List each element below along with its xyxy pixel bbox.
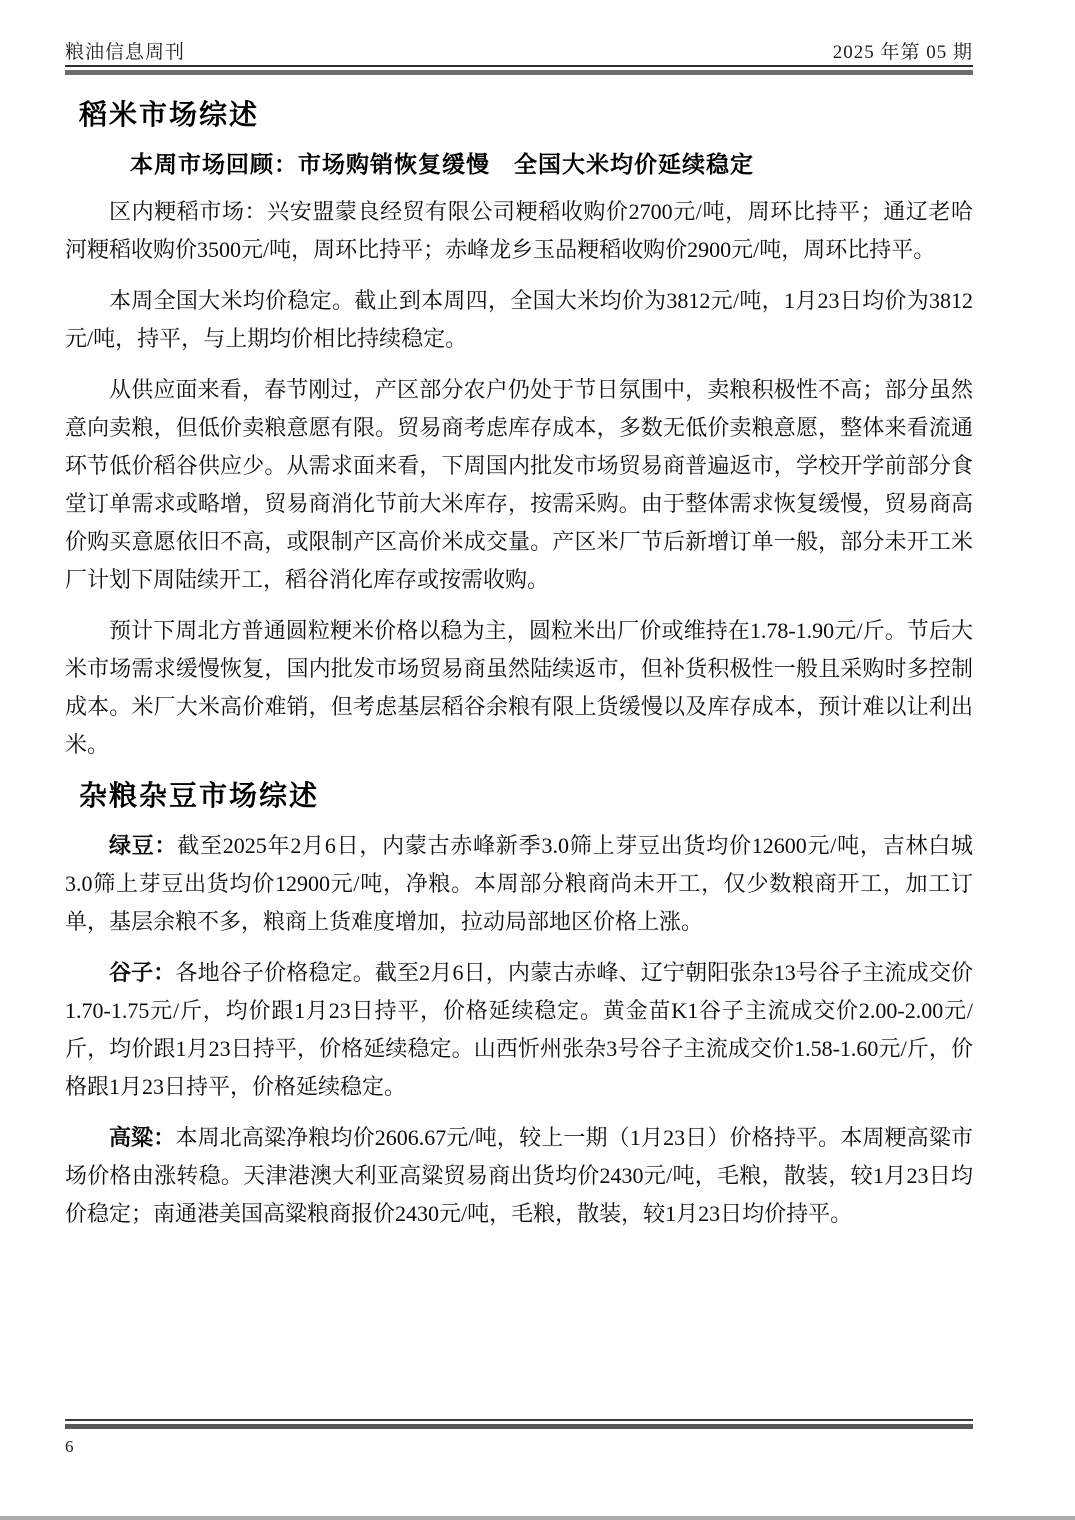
journal-title: 粮油信息周刊	[65, 42, 185, 63]
paragraph-supply-demand: 从供应面来看，春节刚过，产区部分农户仍处于节日氛围中，卖粮积极性不高；部分虽然意…	[65, 371, 973, 599]
page-header: 粮油信息周刊 2025 年第 05 期	[65, 0, 973, 63]
header-rule-thick	[65, 70, 973, 75]
footer-rule-thick	[65, 1424, 973, 1429]
page-number: 6	[65, 1437, 74, 1457]
paragraph-japonica-rice: 区内粳稻市场：兴安盟蒙良经贸有限公司粳稻收购价2700元/吨，周环比持平；通辽老…	[65, 193, 973, 269]
subheading-week-review: 本周市场回顾：市场购销恢复缓慢 全国大米均价延续稳定	[130, 150, 973, 180]
paragraph-text-millet: 各地谷子价格稳定。截至2月6日，内蒙古赤峰、辽宁朝阳张杂13号谷子主流成交价1.…	[65, 960, 973, 1099]
page-content: 粮油信息周刊 2025 年第 05 期 稻米市场综述 本周市场回顾：市场购销恢复…	[65, 0, 973, 1233]
section-heading-rice: 稻米市场综述	[79, 99, 973, 133]
paragraph-millet: 谷子：各地谷子价格稳定。截至2月6日，内蒙古赤峰、辽宁朝阳张杂13号谷子主流成交…	[65, 954, 973, 1106]
paragraph-national-rice-price: 本周全国大米均价稳定。截止到本周四，全国大米均价为3812元/吨，1月23日均价…	[65, 282, 973, 358]
paragraph-text-sorghum: 本周北高粱净粮均价2606.67元/吨，较上一期（1月23日）价格持平。本周粳高…	[65, 1125, 973, 1226]
paragraph-text-mung-bean: 截至2025年2月6日，内蒙古赤峰新季3.0筛上芽豆出货均价12600元/吨，吉…	[65, 833, 973, 934]
page-footer	[65, 1419, 973, 1429]
section-heading-grains: 杂粮杂豆市场综述	[79, 780, 973, 814]
paragraph-sorghum: 高粱：本周北高粱净粮均价2606.67元/吨，较上一期（1月23日）价格持平。本…	[65, 1119, 973, 1233]
paragraph-lead-sorghum: 高粱：	[109, 1125, 175, 1150]
header-rule-thin	[65, 65, 973, 67]
issue-number: 2025 年第 05 期	[833, 42, 973, 63]
page-bottom-edge	[0, 1516, 1075, 1520]
paragraph-lead-mung-bean: 绿豆：	[109, 833, 177, 858]
document-page: 粮油信息周刊 2025 年第 05 期 稻米市场综述 本周市场回顾：市场购销恢复…	[0, 0, 1075, 1520]
paragraph-mung-bean: 绿豆：截至2025年2月6日，内蒙古赤峰新季3.0筛上芽豆出货均价12600元/…	[65, 827, 973, 941]
paragraph-forecast: 预计下周北方普通圆粒粳米价格以稳为主，圆粒米出厂价或维持在1.78-1.90元/…	[65, 612, 973, 764]
paragraph-lead-millet: 谷子：	[109, 960, 175, 985]
footer-rule-thin	[65, 1419, 973, 1421]
